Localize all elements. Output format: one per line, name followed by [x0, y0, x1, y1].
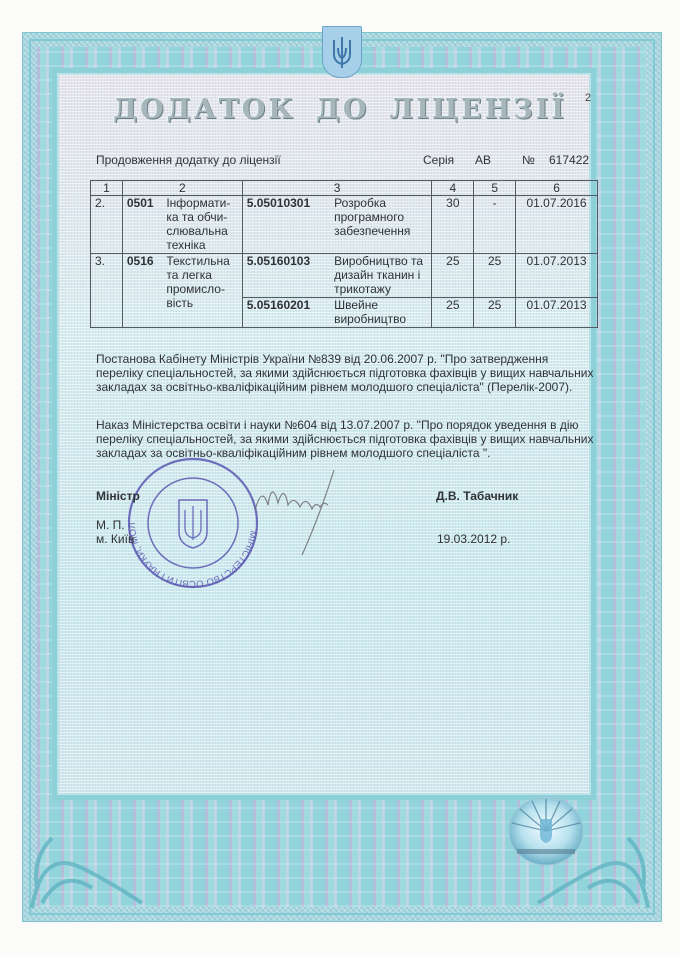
legal-reference-cabinet: Постанова Кабінету Міністрів України №83… [96, 352, 596, 394]
specialties-table: 1 2 3 4 5 6 2. 0501 Інформати- ка та обч… [90, 180, 598, 328]
field-name: Текстильна та легка промисло- вість [162, 254, 242, 328]
title-word: ЛІЦЕНЗІЇ [389, 94, 566, 125]
document-title: ДОДАТОКДОЛІЦЕНЗІЇ [0, 94, 680, 125]
col4-value: 25 [432, 254, 474, 298]
table-row: 2. 0501 Інформати- ка та обчи- слювальна… [91, 196, 598, 254]
specialty-name: Розробка програмного забезпечення [330, 196, 432, 254]
signatory-position: Міністр [96, 489, 140, 503]
column-header: 3 [242, 181, 432, 196]
field-name-line: техніка [166, 238, 237, 252]
field-name-line: вість [166, 296, 237, 310]
col5-value: - [474, 196, 516, 254]
col4-value: 30 [432, 196, 474, 254]
specialty-code: 5.05160201 [242, 298, 330, 328]
legal-reference-ministry: Наказ Міністерства освіти і науки №604 в… [96, 418, 596, 460]
seal-place-label: М. П. [96, 518, 125, 532]
continuation-label: Продовження додатку до ліцензії [96, 153, 281, 167]
specialty-name-line: програмного [334, 210, 427, 224]
col5-value: 25 [474, 298, 516, 328]
col6-date: 01.07.2013 [516, 254, 598, 298]
corner-acanthus-left-icon [22, 808, 152, 918]
specialty-name-line: Розробка [334, 196, 427, 210]
official-seal-stamp-icon: МІНІСТЕРСТВО ОСВІТИ І НАУКИ, МОЛОДІ ТА С… [118, 456, 268, 591]
field-name-line: Текстильна [166, 254, 237, 268]
field-name-line: слювальна [166, 224, 237, 238]
field-name-line: промисло- [166, 282, 237, 296]
series-label: Серія [423, 153, 454, 167]
column-header: 5 [474, 181, 516, 196]
table-header-row: 1 2 3 4 5 6 [91, 181, 598, 196]
row-index: 3. [91, 254, 123, 328]
field-name: Інформати- ка та обчи- слювальна техніка [162, 196, 242, 254]
col4-value: 25 [432, 298, 474, 328]
column-header: 6 [516, 181, 598, 196]
license-number: 617422 [549, 153, 589, 167]
field-name-line: та легка [166, 268, 237, 282]
title-word: ДО [316, 94, 370, 125]
specialty-name-line: Швейне [334, 298, 427, 312]
field-code: 0501 [122, 196, 162, 254]
column-header: 2 [122, 181, 242, 196]
row-index: 2. [91, 196, 123, 254]
signatory-name: Д.В. Табачник [436, 489, 518, 503]
col6-date: 01.07.2016 [516, 196, 598, 254]
field-code: 0516 [122, 254, 162, 328]
coat-of-arms-trident-icon [322, 26, 362, 78]
specialty-name-line: трикотажу [334, 282, 427, 296]
col5-value: 25 [474, 254, 516, 298]
specialty-name: Швейне виробництво [330, 298, 432, 328]
signature-date: 19.03.2012 р. [437, 532, 510, 546]
specialty-name-line: дизайн тканин і [334, 268, 427, 282]
specialty-code: 5.05010301 [242, 196, 330, 254]
title-word: ДОДАТОК [113, 94, 296, 125]
specialty-name-line: Виробництво та [334, 254, 427, 268]
series-value: АВ [475, 153, 491, 167]
column-header: 4 [432, 181, 474, 196]
specialty-code: 5.05160103 [242, 254, 330, 298]
specialty-name-line: забезпечення [334, 224, 427, 238]
field-name-line: ка та обчи- [166, 210, 237, 224]
number-sign: № [522, 153, 535, 167]
security-hologram-icon [507, 795, 585, 867]
field-name-line: Інформати- [166, 196, 237, 210]
specialty-name: Виробництво та дизайн тканин і трикотажу [330, 254, 432, 298]
col6-date: 01.07.2013 [516, 298, 598, 328]
city-label: м. Київ [96, 532, 134, 546]
handwritten-signature [250, 465, 370, 560]
column-header: 1 [91, 181, 123, 196]
table-row: 3. 0516 Текстильна та легка промисло- ві… [91, 254, 598, 298]
specialty-name-line: виробництво [334, 312, 427, 326]
